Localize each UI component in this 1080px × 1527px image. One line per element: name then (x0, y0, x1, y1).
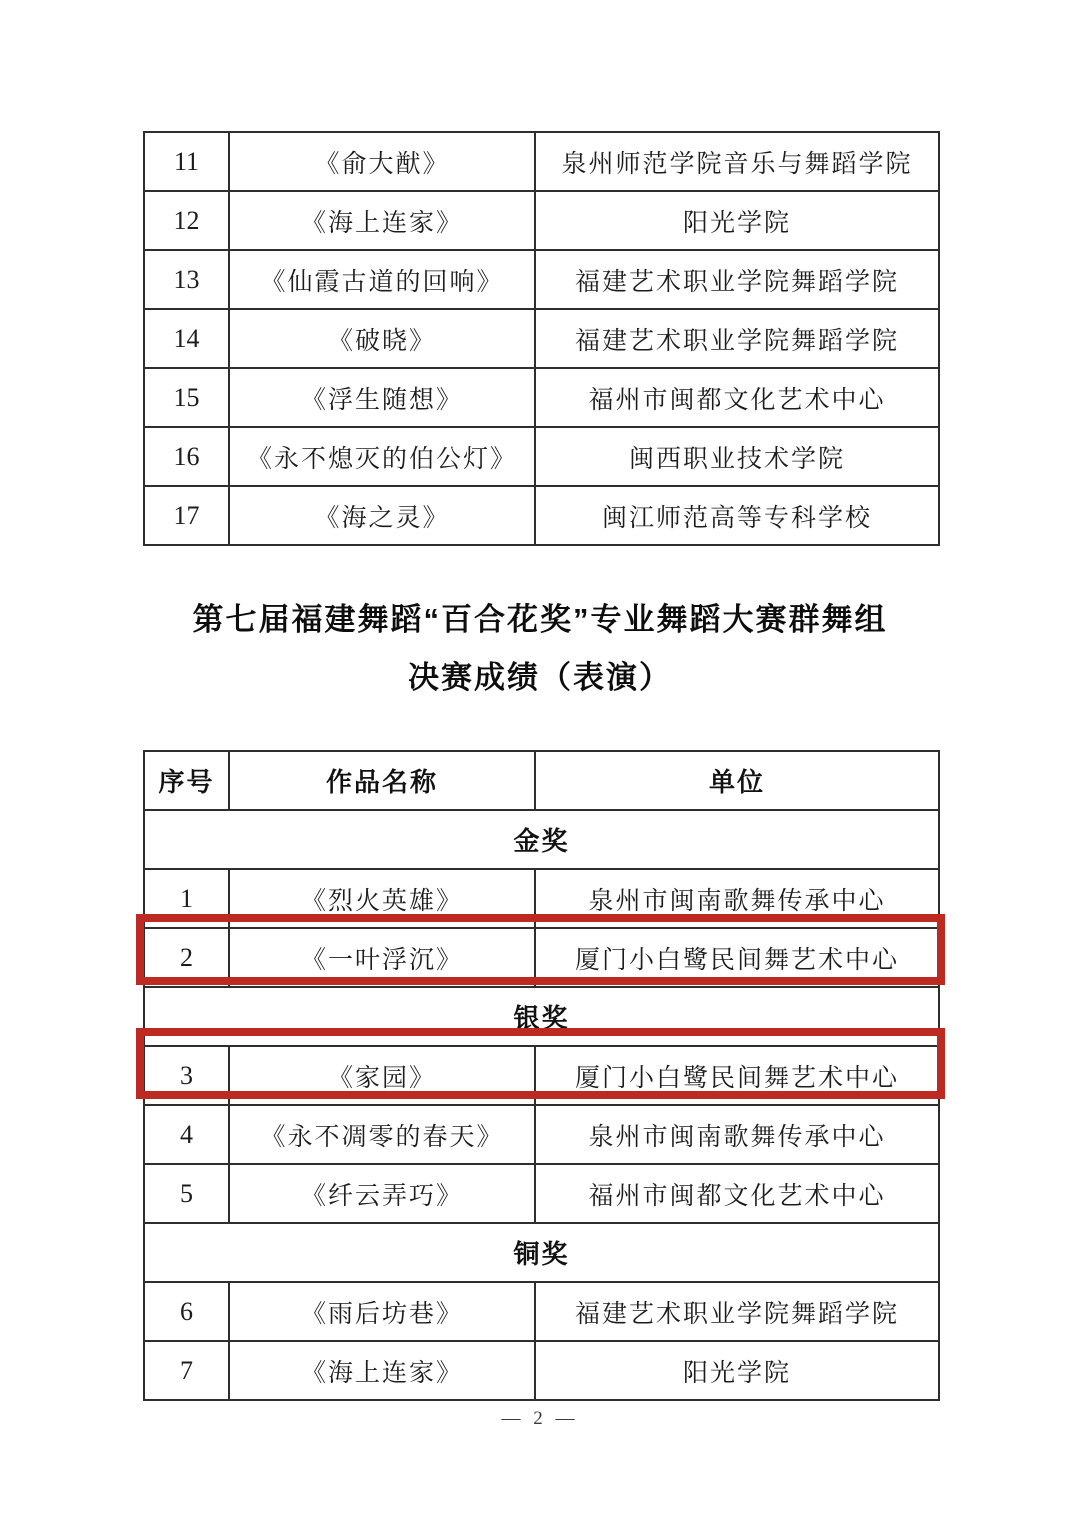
row-number: 6 (144, 1282, 229, 1341)
unit-name: 福建艺术职业学院舞蹈学院 (535, 1282, 939, 1341)
unit-name: 泉州市闽南歌舞传承中心 (535, 869, 939, 928)
row-number: 1 (144, 869, 229, 928)
table-row: 16 《永不熄灭的伯公灯》 闽西职业技术学院 (144, 427, 939, 486)
row-number: 12 (144, 191, 229, 250)
page-title: 第七届福建舞蹈“百合花奖”专业舞蹈大赛群舞组 决赛成绩（表演） (0, 598, 1080, 700)
row-number: 13 (144, 250, 229, 309)
unit-name: 福建艺术职业学院舞蹈学院 (535, 250, 939, 309)
work-title: 《永不凋零的春天》 (229, 1105, 535, 1164)
row-number: 15 (144, 368, 229, 427)
section-row: 金奖 (144, 810, 939, 869)
table-row: 11 《俞大猷》 泉州师范学院音乐与舞蹈学院 (144, 132, 939, 191)
row-number: 17 (144, 486, 229, 545)
section-label-gold: 金奖 (144, 810, 939, 869)
unit-name: 阳光学院 (535, 191, 939, 250)
section-row: 银奖 (144, 987, 939, 1046)
work-title: 《一叶浮沉》 (229, 928, 535, 987)
work-title: 《永不熄灭的伯公灯》 (229, 427, 535, 486)
row-number: 2 (144, 928, 229, 987)
page: 11 《俞大猷》 泉州师范学院音乐与舞蹈学院 12 《海上连家》 阳光学院 13… (0, 0, 1080, 1527)
title-line-1: 第七届福建舞蹈“百合花奖”专业舞蹈大赛群舞组 (0, 598, 1080, 642)
work-title: 《纤云弄巧》 (229, 1164, 535, 1223)
header-unit: 单位 (535, 751, 939, 810)
header-row: 序号 作品名称 单位 (144, 751, 939, 810)
work-title: 《俞大猷》 (229, 132, 535, 191)
table-row: 5 《纤云弄巧》 福州市闽都文化艺术中心 (144, 1164, 939, 1223)
row-number: 4 (144, 1105, 229, 1164)
work-title: 《家园》 (229, 1046, 535, 1105)
unit-name: 闽江师范高等专科学校 (535, 486, 939, 545)
table-row: 6 《雨后坊巷》 福建艺术职业学院舞蹈学院 (144, 1282, 939, 1341)
results-table-top: 11 《俞大猷》 泉州师范学院音乐与舞蹈学院 12 《海上连家》 阳光学院 13… (143, 131, 940, 546)
work-title: 《浮生随想》 (229, 368, 535, 427)
unit-name: 闽西职业技术学院 (535, 427, 939, 486)
unit-name: 阳光学院 (535, 1341, 939, 1400)
work-title: 《海上连家》 (229, 191, 535, 250)
row-number: 14 (144, 309, 229, 368)
page-number: — 2 — (0, 1408, 1080, 1430)
unit-name: 泉州师范学院音乐与舞蹈学院 (535, 132, 939, 191)
table-row: 1 《烈火英雄》 泉州市闽南歌舞传承中心 (144, 869, 939, 928)
work-title: 《雨后坊巷》 (229, 1282, 535, 1341)
unit-name: 厦门小白鹭民间舞艺术中心 (535, 928, 939, 987)
row-number: 5 (144, 1164, 229, 1223)
results-table-finals: 序号 作品名称 单位 金奖 1 《烈火英雄》 泉州市闽南歌舞传承中心 2 《一叶… (143, 750, 940, 1401)
work-title: 《破晓》 (229, 309, 535, 368)
section-label-bronze: 铜奖 (144, 1223, 939, 1282)
table-row: 15 《浮生随想》 福州市闽都文化艺术中心 (144, 368, 939, 427)
header-work: 作品名称 (229, 751, 535, 810)
table-row: 4 《永不凋零的春天》 泉州市闽南歌舞传承中心 (144, 1105, 939, 1164)
work-title: 《海上连家》 (229, 1341, 535, 1400)
table-row-highlighted: 3 《家园》 厦门小白鹭民间舞艺术中心 (144, 1046, 939, 1105)
work-title: 《海之灵》 (229, 486, 535, 545)
header-no: 序号 (144, 751, 229, 810)
table-row: 13 《仙霞古道的回响》 福建艺术职业学院舞蹈学院 (144, 250, 939, 309)
row-number: 16 (144, 427, 229, 486)
unit-name: 福州市闽都文化艺术中心 (535, 368, 939, 427)
row-number: 3 (144, 1046, 229, 1105)
title-line-2: 决赛成绩（表演） (0, 656, 1080, 700)
table-row: 14 《破晓》 福建艺术职业学院舞蹈学院 (144, 309, 939, 368)
work-title: 《仙霞古道的回响》 (229, 250, 535, 309)
table-row: 17 《海之灵》 闽江师范高等专科学校 (144, 486, 939, 545)
table-row-highlighted: 2 《一叶浮沉》 厦门小白鹭民间舞艺术中心 (144, 928, 939, 987)
section-row: 铜奖 (144, 1223, 939, 1282)
row-number: 11 (144, 132, 229, 191)
unit-name: 厦门小白鹭民间舞艺术中心 (535, 1046, 939, 1105)
work-title: 《烈火英雄》 (229, 869, 535, 928)
table-row: 7 《海上连家》 阳光学院 (144, 1341, 939, 1400)
unit-name: 福州市闽都文化艺术中心 (535, 1164, 939, 1223)
row-number: 7 (144, 1341, 229, 1400)
section-label-silver: 银奖 (144, 987, 939, 1046)
table-row: 12 《海上连家》 阳光学院 (144, 191, 939, 250)
unit-name: 泉州市闽南歌舞传承中心 (535, 1105, 939, 1164)
unit-name: 福建艺术职业学院舞蹈学院 (535, 309, 939, 368)
